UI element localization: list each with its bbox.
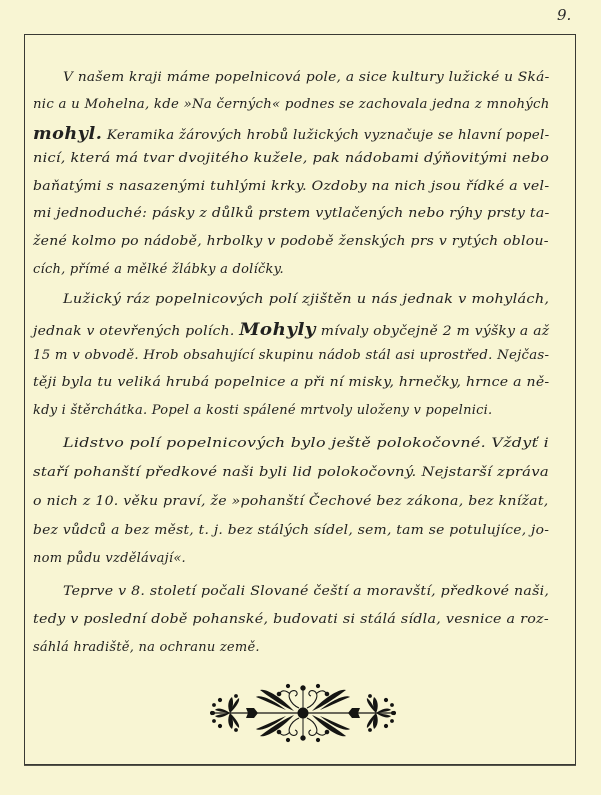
text-line: V našem kraji máme popelnicová pole, a s…	[63, 70, 550, 98]
line-text: baňatými s nasazenými tuhlými krky. Ozdo…	[33, 179, 549, 194]
text-line: nic a u Mohelna, kde »Na černých« podnes…	[33, 97, 550, 125]
text-line: bez vůdců a bez měst, t. j. bez stálých …	[33, 523, 549, 551]
text-line: nom půdu vzdělávají«.	[33, 551, 186, 579]
line-text: nom půdu vzdělávají«.	[33, 551, 186, 566]
text-line: kdy i štěrchátka. Popel a kosti spálené …	[33, 403, 492, 431]
line-text: nicí, která má tvar dvojitého kužele, pa…	[33, 151, 549, 166]
text-line: těji byla tu veliká hrubá popelnice a př…	[33, 375, 549, 403]
text-line: Lužický ráz popelnicových polí zjištěn u…	[63, 292, 549, 320]
text-line: mi jednoduché: pásky z důlků prstem vytl…	[33, 206, 550, 234]
line-text: sáhlá hradiště, na ochranu země.	[33, 640, 260, 655]
line-text: mi jednoduché: pásky z důlků prstem vytl…	[33, 206, 550, 221]
text-line: mohyl. Keramika žárových hrobů lužických…	[33, 124, 549, 152]
floral-vignette-icon	[210, 682, 396, 744]
line-text: Teprve v 8. století počali Slované čeští…	[63, 584, 549, 599]
text-line: sáhlá hradiště, na ochranu země.	[33, 640, 260, 668]
line-text: Lužický ráz popelnicových polí zjištěn u…	[63, 292, 549, 307]
line-text: 15 m v obvodě. Hrob obsahující skupinu n…	[33, 348, 549, 363]
emphasized-word: Mohyly	[239, 320, 316, 340]
text-line: staří pohanští předkové naši byli lid po…	[33, 465, 549, 493]
line-text: tedy v poslední době pohanské, budovati …	[33, 612, 549, 627]
text-line: nicí, která má tvar dvojitého kužele, pa…	[33, 151, 549, 179]
line-text: těji byla tu veliká hrubá popelnice a př…	[33, 375, 549, 390]
line-text: V našem kraji máme popelnicová pole, a s…	[63, 70, 550, 85]
text-line: Teprve v 8. století počali Slované čeští…	[63, 584, 549, 612]
line-text: nic a u Mohelna, kde »Na černých« podnes…	[33, 97, 550, 112]
text-line: jednak v otevřených polích. Mohyly míval…	[33, 320, 549, 348]
text-line: Lidstvo polí popelnicových bylo ještě po…	[63, 436, 549, 464]
line-text: bez vůdců a bez měst, t. j. bez stálých …	[33, 523, 549, 538]
emphasized-word: mohyl.	[33, 124, 102, 144]
text-line: 15 m v obvodě. Hrob obsahující skupinu n…	[33, 348, 549, 376]
line-text: Keramika žárových hrobů lužických vyznač…	[102, 128, 549, 143]
text-line: žené kolmo po nádobě, hrbolky v podobě ž…	[33, 234, 549, 262]
line-text: cích, přímé a mělké žlábky a dolíčky.	[33, 262, 284, 277]
text-line: baňatými s nasazenými tuhlými krky. Ozdo…	[33, 179, 549, 207]
line-text: Lidstvo polí popelnicových bylo ještě po…	[63, 436, 549, 451]
text-line: cích, přímé a mělké žlábky a dolíčky.	[33, 262, 284, 290]
line-text: mívaly obyčejně 2 m výšky a až	[316, 324, 549, 339]
line-text: jednak v otevřených polích.	[33, 324, 239, 339]
line-text: žené kolmo po nádobě, hrbolky v podobě ž…	[33, 234, 549, 249]
text-line: o nich z 10. věku praví, že »pohanští Če…	[33, 494, 549, 522]
line-text: staří pohanští předkové naši byli lid po…	[33, 465, 549, 480]
page-number: 9.	[557, 6, 571, 24]
text-line: tedy v poslední době pohanské, budovati …	[33, 612, 549, 640]
line-text: o nich z 10. věku praví, že »pohanští Če…	[33, 494, 549, 509]
line-text: kdy i štěrchátka. Popel a kosti spálené …	[33, 403, 492, 418]
